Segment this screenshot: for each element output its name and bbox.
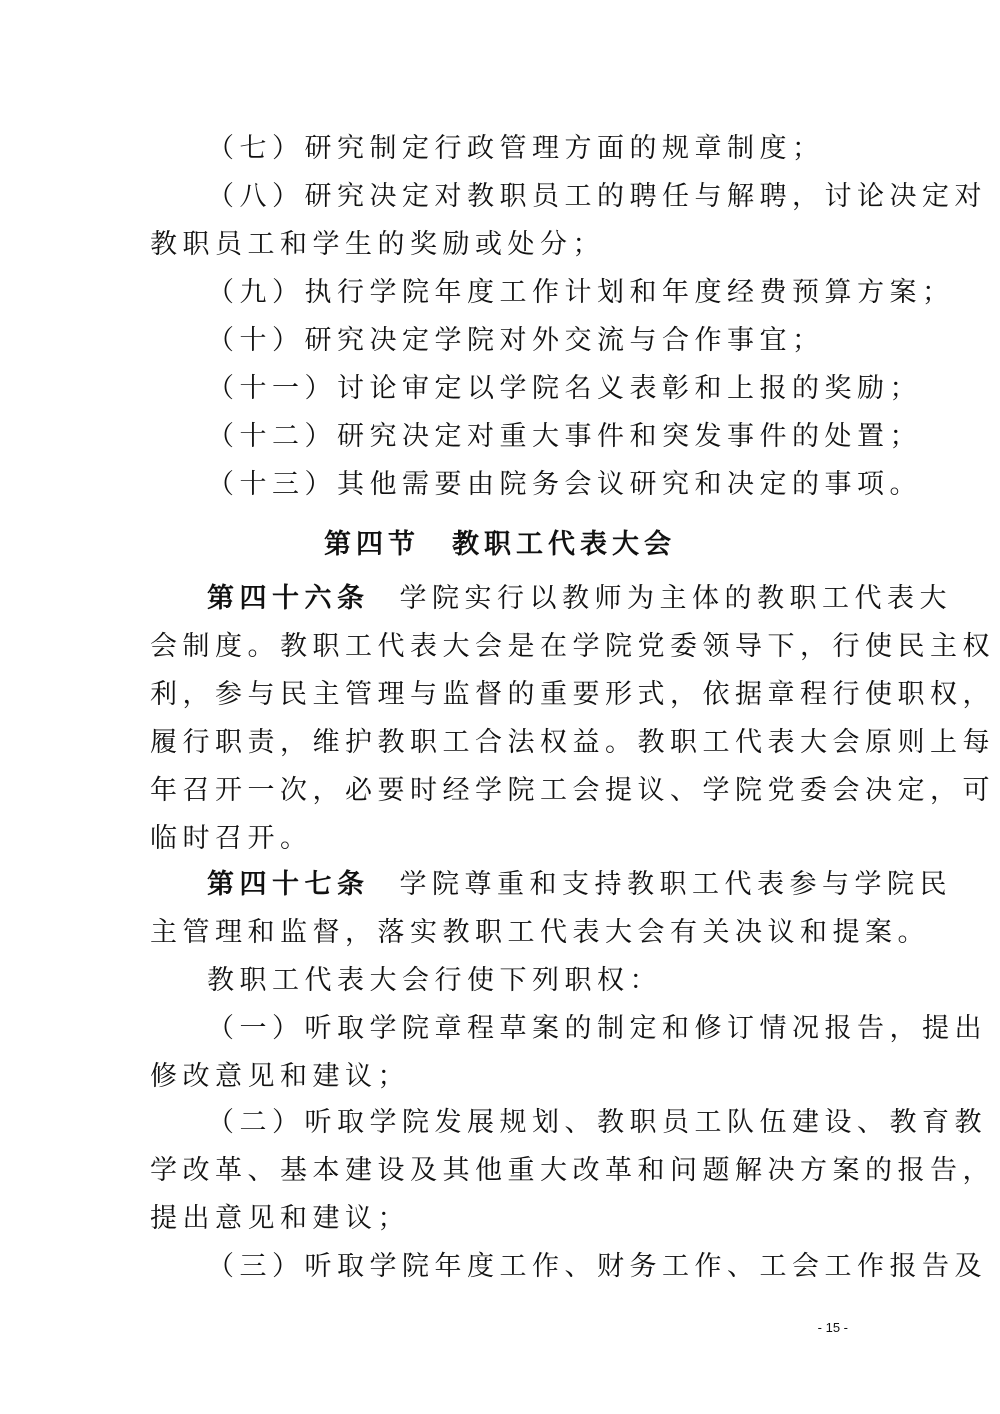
article-47-line-2: 主管理和监督，落实教职工代表大会有关决议和提案。 xyxy=(150,917,850,949)
list-item-8-cont: 教职员工和学生的奖励或处分； xyxy=(150,229,850,261)
article-46-line-3: 利，参与民主管理与监督的重要形式，依据章程行使职权， xyxy=(150,679,850,711)
power-item-3: （三）听取学院年度工作、财务工作、工会工作报告及 xyxy=(207,1251,907,1283)
power-item-2-cont: 学改革、基本建设及其他重大改革和问题解决方案的报告， xyxy=(150,1155,850,1187)
document-page: （七）研究制定行政管理方面的规章制度； （八）研究决定对教职员工的聘任与解聘，讨… xyxy=(0,0,1000,1414)
article-47-line-1: 第四十七条学院尊重和支持教职工代表参与学院民 xyxy=(207,869,907,901)
article-46-line-2: 会制度。教职工代表大会是在学院党委领导下，行使民主权 xyxy=(150,631,850,663)
article-46-line-6: 临时召开。 xyxy=(150,823,850,855)
list-item-12: （十二）研究决定对重大事件和突发事件的处置； xyxy=(207,421,907,453)
list-item-7: （七）研究制定行政管理方面的规章制度； xyxy=(207,133,907,165)
power-item-2: （二）听取学院发展规划、教职员工队伍建设、教育教 xyxy=(207,1107,907,1139)
power-item-2-cont-2: 提出意见和建议； xyxy=(150,1203,850,1235)
article-47-text: 学院尊重和支持教职工代表参与学院民 xyxy=(400,869,953,900)
powers-intro: 教职工代表大会行使下列职权： xyxy=(207,965,907,997)
power-item-1: （一）听取学院章程草案的制定和修订情况报告，提出 xyxy=(207,1013,907,1045)
power-item-1-cont: 修改意见和建议； xyxy=(150,1061,850,1093)
article-46-label: 第四十六条 xyxy=(207,583,370,614)
list-item-8: （八）研究决定对教职员工的聘任与解聘，讨论决定对 xyxy=(207,181,907,213)
article-46-text: 学院实行以教师为主体的教职工代表大 xyxy=(400,583,953,614)
list-item-13: （十三）其他需要由院务会议研究和决定的事项。 xyxy=(207,469,907,501)
article-46-line-5: 年召开一次，必要时经学院工会提议、学院党委会决定，可 xyxy=(150,775,850,807)
list-item-9: （九）执行学院年度工作计划和年度经费预算方案； xyxy=(207,277,907,309)
article-47-label: 第四十七条 xyxy=(207,869,370,900)
list-item-11: （十一）讨论审定以学院名义表彰和上报的奖励； xyxy=(207,373,907,405)
section-heading: 第四节 教职工代表大会 xyxy=(0,522,1000,561)
article-46-line-4: 履行职责，维护教职工合法权益。教职工代表大会原则上每 xyxy=(150,727,850,759)
page-number: - 15 - xyxy=(818,1320,848,1335)
list-item-10: （十）研究决定学院对外交流与合作事宜； xyxy=(207,325,907,357)
article-46-line-1: 第四十六条学院实行以教师为主体的教职工代表大 xyxy=(207,583,907,615)
